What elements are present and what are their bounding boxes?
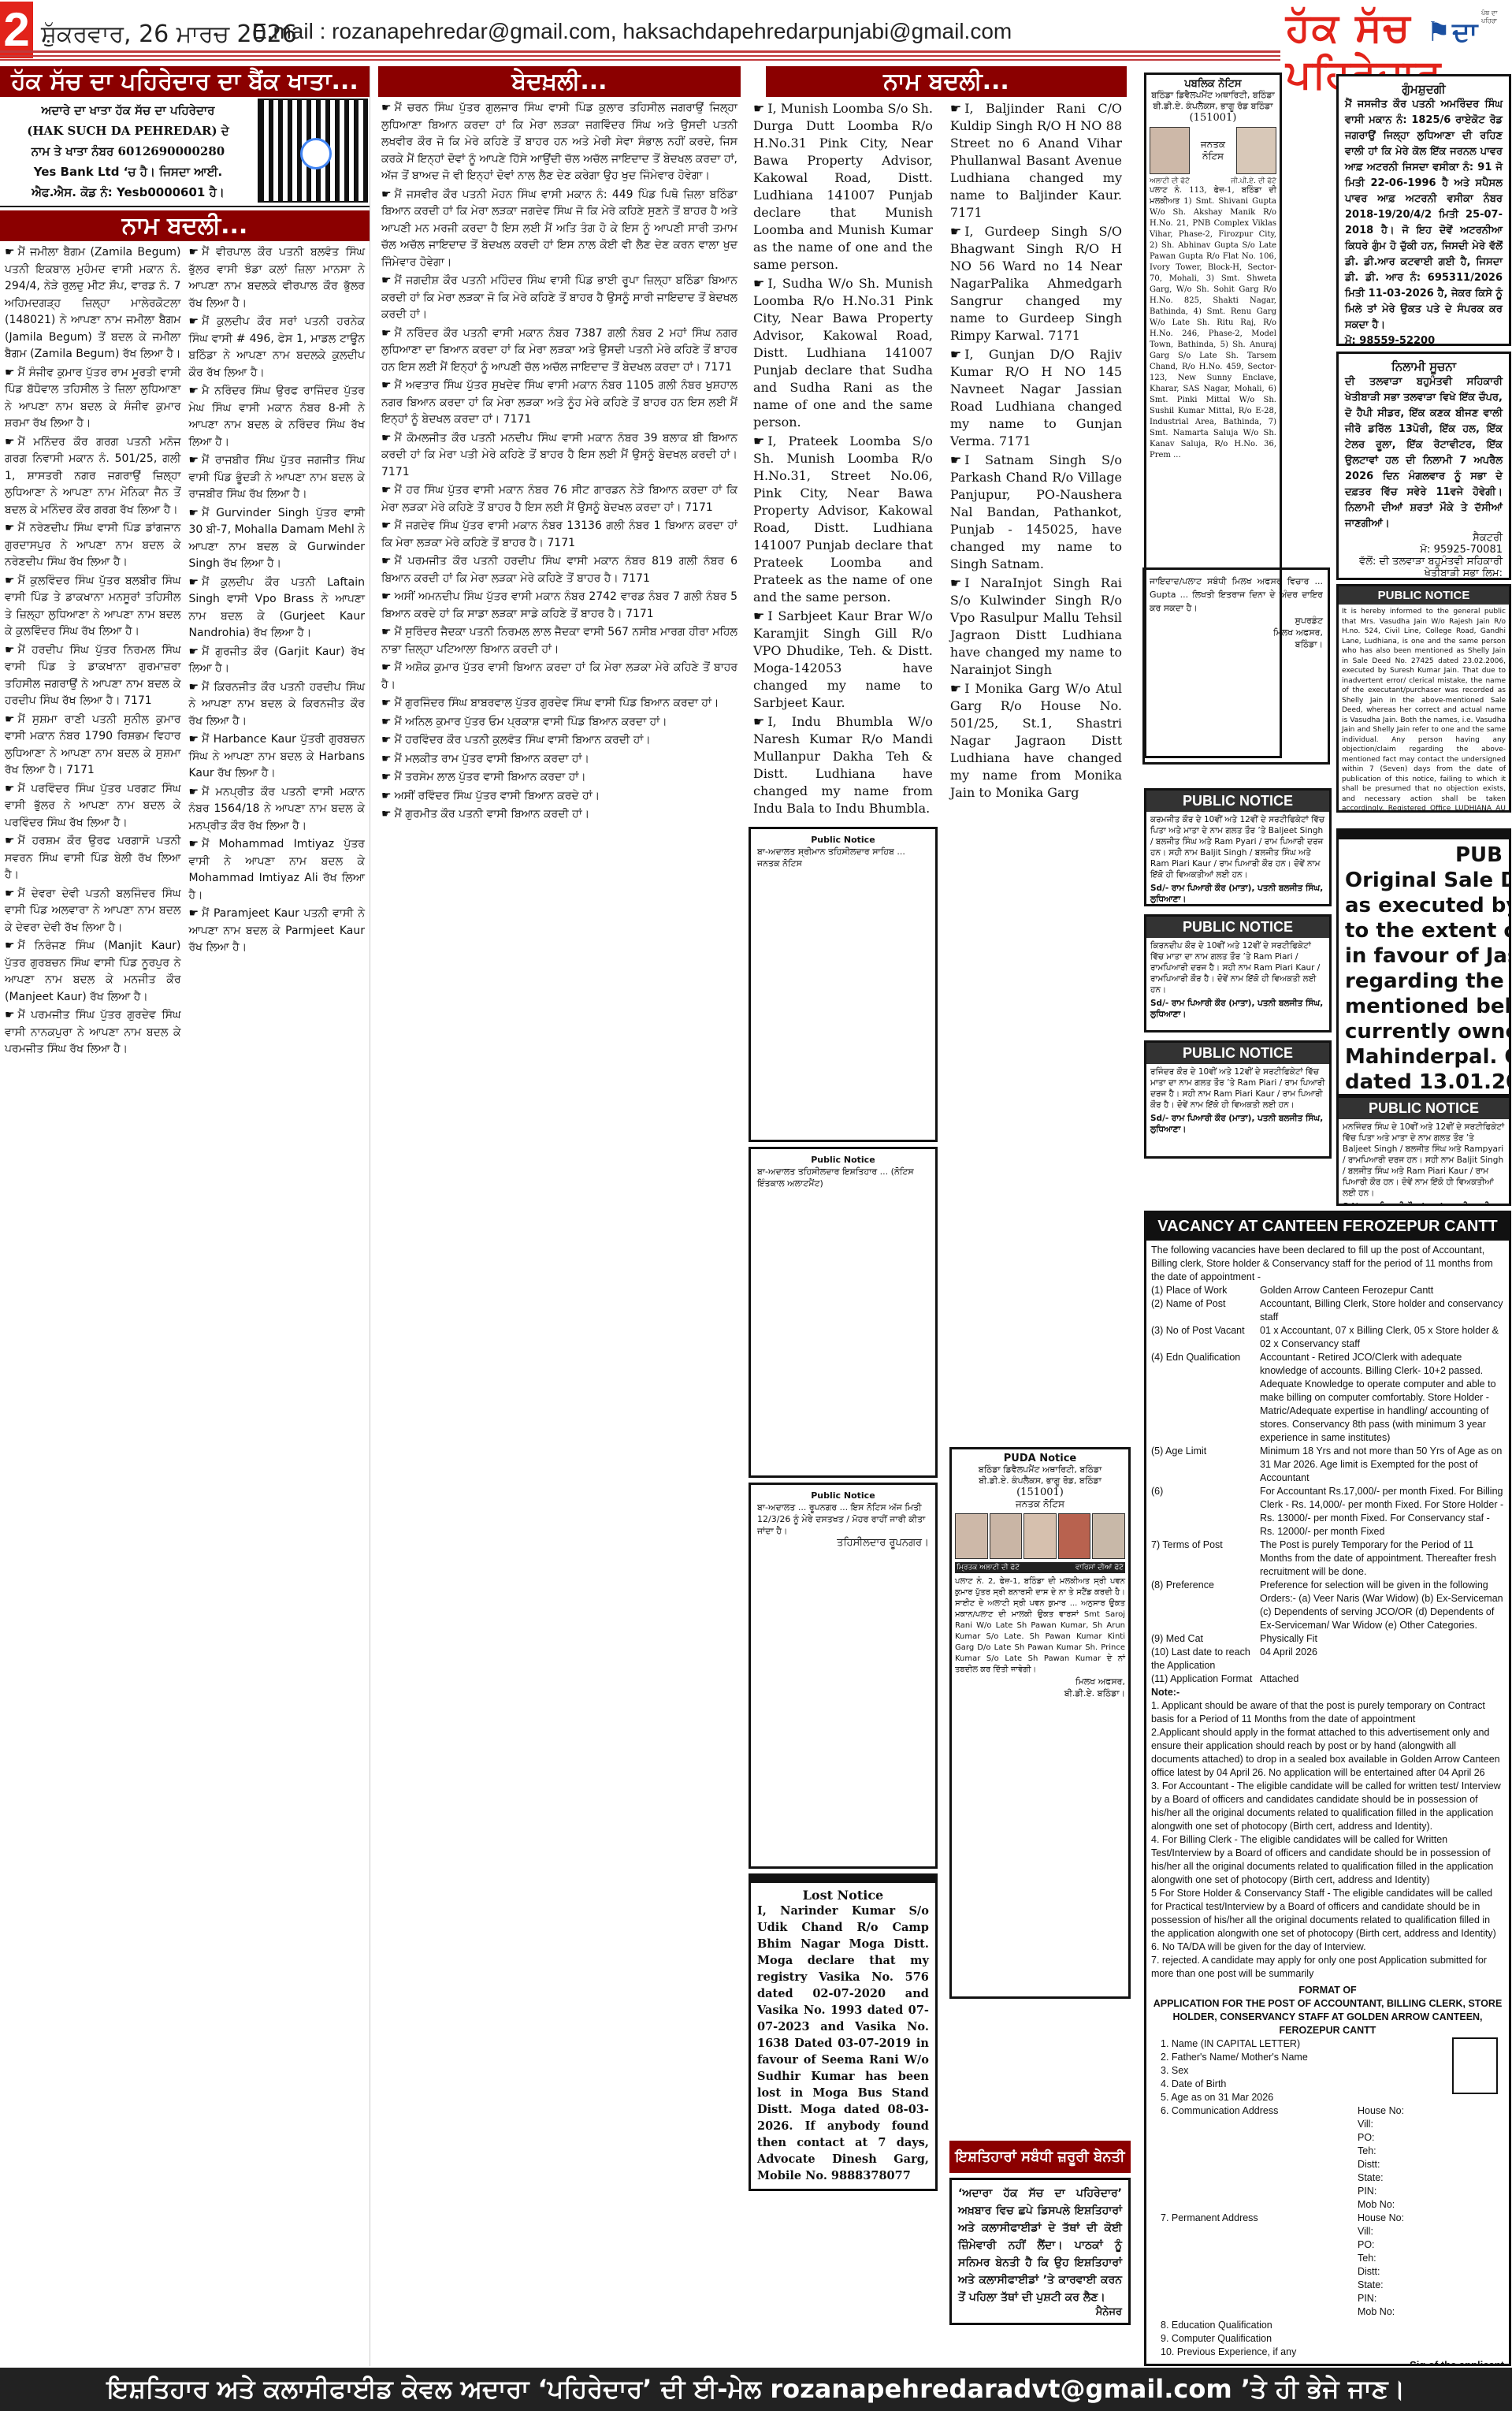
vacancy-value: The Post is purely Temporary for the Per…: [1260, 1539, 1504, 1579]
puda-pin: (151001): [955, 1486, 1125, 1498]
list-item: ☛ਮੈਂ ਪਰਵਿੰਦਰ ਸਿੰਘ ਪੁੱਤਰ ਪਰਗਟ ਸਿੰਘ ਵਾਸੀ ਭ…: [5, 781, 181, 832]
form-field-label: 8. Education Qualification: [1161, 2319, 1358, 2332]
vacancy-value: Golden Arrow Canteen Ferozepur Cantt: [1260, 1284, 1504, 1297]
pointing-hand-icon: ☛: [189, 454, 199, 467]
disclaimer-body: ‘ਅਦਾਰਾ ਹੱਕ ਸੱਚ ਦਾ ਪਹਿਰੇਦਾਰ’ ਅਖ਼ਬਾਰ ਵਿਚ ਛ…: [958, 2185, 1122, 2306]
cert-notice-title: PUBLIC NOTICE: [1146, 1043, 1329, 1064]
lost-notice: Lost Notice I, Narinder Kumar S/o Udik C…: [749, 1873, 938, 2191]
address-field-label: House No:: [1358, 2104, 1404, 2118]
entry-text: ਮੈਂ Mohammad Imtiyaz ਪੁੱਤਰ ਵਾਸੀ ਨੇ ਆਪਣਾ …: [189, 838, 366, 902]
vacancy-value: For Accountant Rs.17,000/- per month Fix…: [1260, 1485, 1504, 1539]
deceased-photo: [955, 1513, 988, 1559]
list-item: ☛ਮੈਂ ਸੰਜੀਵ ਕੁਮਾਰ ਪੁੱਤਰ ਰਾਮ ਮੂਰਤੀ ਵਾਸੀ ਪਿ…: [5, 365, 181, 433]
bank-details: ਅਦਾਰੇ ਦਾ ਖਾਤਾ ਹੱਕ ਸੱਚ ਦਾ ਪਹਿਰੇਦਾਰ (HAK S…: [0, 97, 256, 206]
pointing-hand-icon: ☛: [381, 484, 392, 497]
vacancy-row: 7) Terms of PostThe Post is purely Tempo…: [1151, 1539, 1504, 1579]
applicant-signature: Sig of the applicant: [1151, 2359, 1504, 2366]
list-item: ☛ਮੈਂ ਜਗਦੀਸ਼ ਕੌਰ ਪਤਨੀ ਮਹਿੰਦਰ ਸਿੰਘ ਵਾਸੀ ਪਿ…: [381, 273, 737, 324]
vacancy-notice: VACANCY AT CANTEEN FEROZEPUR CANTT The f…: [1144, 1211, 1511, 2366]
certificate-public-notice: PUBLIC NOTICEਰਜਿੰਦਰ ਕੌਰ ਦੇ 10ਵੀਂ ਅਤੇ 12ਵ…: [1144, 1040, 1332, 1159]
pointing-hand-icon: ☛: [381, 274, 392, 287]
pointing-hand-icon: ☛: [381, 102, 392, 114]
vacancy-value: Preference for selection will be given i…: [1260, 1579, 1504, 1632]
list-item: ☛ਮੈਂ ਕੁਲਦੀਪ ਕੌਰ ਸਰਾਂ ਪਤਨੀ ਹਰਨੇਕ ਸਿੰਘ ਵਾਸ…: [189, 314, 366, 381]
cert-notice-body: ਕਰਮਜੀਤ ਕੌਰ ਦੇ 10ਵੀਂ ਅਤੇ 12ਵੀਂ ਦੇ ਸਰਟੀਫਿਕ…: [1146, 812, 1329, 883]
name-change-col-1: ☛ਮੈਂ ਜਮੀਲਾ ਬੈਗਮ (Zamila Begum) ਪਤਨੀ ਇਕਬਾ…: [5, 244, 181, 1060]
masthead-rule: [0, 59, 1280, 61]
pointing-hand-icon: ☛: [5, 522, 15, 534]
cert-notice-sign: Sd/- ਰਾਮ ਪਿਆਰੀ ਕੌਰ (ਮਾਤਾ), ਪਤਨੀ ਬਲਜੀਤ ਸਿ…: [1146, 998, 1329, 1020]
pointing-hand-icon: ☛: [381, 697, 392, 709]
puda-subtitle: ਜਨਤਕ ਨੋਟਿਸ: [955, 1498, 1125, 1510]
bank-header: ਹੱਕ ਸੱਚ ਦਾ ਪਹਿਰੇਦਾਰ ਦਾ ਬੈਂਕ ਖਾਤਾ...: [0, 66, 370, 97]
vacancy-value: 04 April 2026: [1260, 1646, 1504, 1672]
pointing-hand-icon: ☛: [189, 646, 199, 658]
pointing-hand-icon: ☛: [5, 939, 15, 952]
puda-notice-body: ਪਲਾਟ ਨੰ. 2, ਫੇਜ਼-1, ਬਠਿੰਡਾ ਦੀ ਮਲਕੀਅਤ ਸ੍ਰ…: [955, 1576, 1125, 1676]
pointing-hand-icon: ☛: [381, 734, 392, 746]
address-field-label: PIN:: [1358, 2185, 1404, 2198]
list-item: ☛I, Indu Bhumbla W/o Naresh Kumar R/o Ma…: [753, 713, 933, 817]
name-change-header: ਨਾਮ ਬਦਲੀ...: [0, 210, 370, 241]
pointing-hand-icon: ☛: [381, 188, 392, 201]
pointing-hand-icon: ☛: [753, 433, 764, 448]
notice-title: Public Notice: [757, 1154, 929, 1166]
address-field-label: PIN:: [1358, 2292, 1404, 2305]
entry-text: ਮੈਂ ਜਮੀਲਾ ਬੈਗਮ (Zamila Begum) ਪਤਨੀ ਇਕਬਾਲ…: [5, 246, 181, 360]
contact-email[interactable]: E.mail : rozanapehredar@gmail.com, haksa…: [252, 19, 1012, 44]
vacancy-row: (5) Age LimitMinimum 18 Yrs and not more…: [1151, 1445, 1504, 1485]
bedakhli-header: ਬੇਦਖ਼ਲੀ...: [378, 66, 741, 97]
vacancy-note: 1. Applicant should be aware of that the…: [1151, 1699, 1504, 1726]
entry-text: ਮੈਂ ਗੁਰਜੀਤ ਕੌਰ (Garjit Kaur) ਰੱਖ ਲਿਆ ਹੈ।: [189, 646, 366, 675]
form-field-row: 9. Computer Qualification: [1151, 2332, 1504, 2346]
tender-sign: ਮਿਲਖ ਅਫਸਰ,: [1150, 627, 1323, 638]
entry-text: ਮੈਂ ਕੁਲਦੀਪ ਕੌਰ ਸਰਾਂ ਪਤਨੀ ਹਰਨੇਕ ਸਿੰਘ ਵਾਸੀ…: [189, 315, 366, 379]
pointing-hand-icon: ☛: [381, 771, 392, 783]
vacancy-note: 5 For Store Holder & Conservancy Staff -…: [1151, 1887, 1504, 1940]
photo-caption: ਅਲਾਟੀ ਦੀ ਫੋਟੋ: [1150, 177, 1190, 185]
tender-body: ਜਾਇਦਾਦ/ਪਲਾਟ ਸਬੰਧੀ ਮਿਲਖ ਅਫਸਰ ਵਿਚਾਰ ... Gu…: [1150, 575, 1323, 615]
list-item: ☛ਮੈਂ ਕਿਰਨਜੀਤ ਕੌਰ ਪਤਨੀ ਹਰਦੀਪ ਸਿੰਘ ਨੇ ਆਪਣਾ…: [189, 679, 366, 731]
list-item: ☛ਮੈਂ ਅਨਿਲ ਕੁਮਾਰ ਪੁੱਤਰ ਓਮ ਪ੍ਰਕਾਸ਼ ਵਾਸੀ ਪਿ…: [381, 714, 737, 731]
vacancy-row: (10) Last date to reach the Application0…: [1151, 1646, 1504, 1672]
pointing-hand-icon: ☛: [381, 661, 392, 674]
nilami-org: ਵੱਲੋਂ: ਦੀ ਤਲਵਾੜਾ ਬਹੁਮੰਤਵੀ ਸਹਿਕਾਰੀ ਖੇਤੀਬਾ…: [1345, 556, 1503, 579]
form-field-row: 5. Age as on 31 Mar 2026: [1151, 2091, 1504, 2104]
heirs-photo-row: [955, 1513, 1125, 1559]
entry-text: ਮੈਂ ਨਰੇਣਦੀਪ ਸਿੰਘ ਵਾਸੀ ਪਿੰਡ ਡਾਂਗਜਾਨ ਗੁਰਦਾ…: [5, 522, 181, 568]
address-field-label: House No:: [1358, 2212, 1404, 2225]
sale-deed-line: in favour of Jasjeet: [1345, 943, 1503, 969]
pointing-hand-icon: ☛: [381, 790, 392, 802]
pointing-hand-icon: ☛: [381, 753, 392, 765]
vacancy-note: 7. rejected. A candidate may apply for o…: [1151, 1954, 1504, 1981]
puda-address: ਬੀ.ਡੀ.ਏ. ਕੰਪਲੈਕਸ, ਭਾਗੂ ਰੋਡ, ਬਠਿੰਡਾ: [955, 1475, 1125, 1486]
address-field-label: Distt:: [1358, 2265, 1404, 2279]
footer-banner: ਇਸ਼ਤਿਹਾਰ ਅਤੇ ਕਲਾਸੀਫਾਈਡ ਕੇਵਲ ਅਦਾਰਾ ‘ਪਹਿਰੇ…: [0, 2368, 1512, 2411]
sale-deed-line: Mahinderpal. Origi: [1345, 1044, 1503, 1070]
nilami-notice: ਨਿਲਾਮੀ ਸੂਚਨਾ ਦੀ ਤਲਵਾੜਾ ਬਹੁਮੰਤਵੀ ਸਹਿਕਾਰੀ …: [1336, 352, 1511, 580]
public-notice-box: Public Notice ਬਾ-ਅਦਾਲਤ ਸ਼੍ਰੀਮਾਨ ਤਹਿਸੀਲਦਾ…: [749, 827, 938, 1142]
pointing-hand-icon: ☛: [189, 733, 199, 746]
vacancy-row: (4) Edn QualificationAccountant - Retire…: [1151, 1351, 1504, 1445]
name-change-en-col-1: ☛I, Munish Loomba S/o Sh. Durga Dutt Loo…: [749, 97, 938, 822]
english-col-left: ☛I, Munish Loomba S/o Sh. Durga Dutt Loo…: [749, 97, 938, 2196]
notice-signature: ਤਹਿਸੀਲਦਾਰ ਰੂਪਨਗਰ।: [757, 1537, 929, 1549]
vacancy-value: Attached: [1260, 1672, 1504, 1686]
list-item: ☛ਅਸੀਂ ਅਮਨਦੀਪ ਸਿੰਘ ਪੁੱਤਰ ਵਾਸੀ ਮਕਾਨ ਨੰਬਰ 2…: [381, 589, 737, 623]
entry-text: ਮੈਂ Gurvinder Singh ਪੁੱਤਰ ਵਾਸੀ 30 ਬੀ-7, …: [189, 507, 366, 571]
entry-text: I, Indu Bhumbla W/o Naresh Kumar R/o Man…: [753, 714, 933, 816]
pointing-hand-icon: ☛: [381, 432, 392, 445]
list-item: ☛ਮੈਂ ਹਰਵਿੰਦਰ ਕੌਰ ਪਤਨੀ ਕੁਲਵੰਤ ਸਿੰਘ ਵਾਸੀ ਬ…: [381, 732, 737, 750]
entry-text: ਮੈਂ ਮਨਪ੍ਰੀਤ ਕੌਰ ਪਤਨੀ ਵਾਸੀ ਮਕਾਨ ਨੰਬਰ 1564…: [189, 786, 366, 832]
form-field-label: 10. Previous Experience, if any: [1161, 2346, 1358, 2359]
list-item: ☛ਮੈਂ ਪਰਮਜੀਤ ਕੌਰ ਪਤਨੀ ਹਰਦੀਪ ਸਿੰਘ ਵਾਸੀ ਮਕਾ…: [381, 553, 737, 587]
cert-notice-title: PUBLIC NOTICE: [1339, 1098, 1509, 1119]
photo-row: ਜਨਤਕ ਨੋਟਿਸ: [1150, 127, 1276, 174]
list-item: ☛I, Prateek Loomba S/o Sh. Munish Loomba…: [753, 433, 933, 606]
bedakhli-list: ☛ਮੈਂ ਚਰਨ ਸਿੰਘ ਪੁੱਤਰ ਗੁਲਜਾਰ ਸਿੰਘ ਵਾਸੀ ਪਿੰ…: [378, 97, 741, 828]
notice-title: Public Notice: [757, 1490, 929, 1501]
vacancy-note: 4. For Billing Clerk - The eligible cand…: [1151, 1833, 1504, 1887]
pointing-hand-icon: ☛: [753, 101, 764, 116]
form-fields: 1. Name (IN CAPITAL LETTER)2. Father's N…: [1151, 2037, 1504, 2359]
entry-text: ਮੈਂ ਹਰਦੀਪ ਸਿੰਘ ਪੁੱਤਰ ਨਿਰਮਲ ਸਿੰਘ ਵਾਸੀ ਪਿੰ…: [5, 644, 181, 708]
disclaimer-header: ਇਸ਼ਤਿਹਾਰਾਂ ਸਬੰਧੀ ਜ਼ਰੂਰੀ ਬੇਨਤੀ: [949, 2141, 1131, 2173]
list-item: ☛ਮੈ ਨਰਿੰਦਰ ਸਿੰਘ ਉਰਫ ਰਾਜਿੰਦਰ ਪੁੱਤਰ ਮੇਘ ਸਿ…: [189, 383, 366, 451]
photo-captions: ਮ੍ਰਿਤਕ ਅਲਾਟੀ ਦੀ ਫੋਟੋ ਵਾਰਿਸਾਂ ਦੀਆਂ ਫੋਟੋ: [955, 1562, 1125, 1573]
gumshudgi-title: ਗੁੰਮਸ਼ੁਦਗੀ: [1345, 81, 1503, 97]
pointing-hand-icon: ☛: [753, 714, 764, 729]
payment-qr-code-icon[interactable]: [258, 99, 368, 203]
list-item: ☛ਮੈਂ Gurvinder Singh ਪੁੱਤਰ ਵਾਸੀ 30 ਬੀ-7,…: [189, 505, 366, 573]
nilami-phone: ਮੋ: 95925-70081: [1345, 544, 1503, 556]
pointing-hand-icon: ☛: [381, 716, 392, 728]
pointing-hand-icon: ☛: [5, 835, 15, 847]
format-subtitle: APPLICATION FOR THE POST OF ACCOUNTANT, …: [1151, 1997, 1504, 2037]
pointing-hand-icon: ☛: [5, 887, 15, 900]
pointing-hand-icon: ☛: [381, 379, 392, 392]
au-public-notice: PUBLIC NOTICE It is hereby informed to t…: [1336, 584, 1511, 813]
entry-text: ਮੈ ਨਰਿੰਦਰ ਸਿੰਘ ਉਰਫ ਰਾਜਿੰਦਰ ਪੁੱਤਰ ਮੇਘ ਸਿੰ…: [189, 385, 366, 448]
pointing-hand-icon: ☛: [189, 385, 199, 397]
sale-deed-line: as executed by Mel: [1345, 893, 1503, 918]
nilami-title: ਨਿਲਾਮੀ ਸੂਚਨਾ: [1345, 359, 1503, 374]
puda-sign: ਬੀ.ਡੀ.ਏ. ਬਠਿੰਡਾ।: [955, 1687, 1125, 1699]
list-item: ☛ਮੈਂ ਅਸ਼ੋਕ ਕੁਮਾਰ ਪੁੱਤਰ ਵਾਸੀ ਬਿਆਨ ਕਰਦਾ ਹਾ…: [381, 660, 737, 694]
public-notice-box: Public Notice ਬਾ-ਅਦਾਲਤ ਤਹਿਸੀਲਦਾਰ ਇਸ਼ਤਿਹਾ…: [749, 1147, 938, 1478]
heir-photo: [990, 1513, 1023, 1559]
bda-notice-body: ਪਲਾਟ ਨੰ. 113, ਫੇਜ਼-1, ਬਠਿੰਡਾ ਦੀ ਮਲਕੀਅਤ 1…: [1150, 185, 1276, 461]
tender-sign: ਬਠਿੰਡਾ।: [1150, 638, 1323, 650]
sale-deed-line: regarding the: [1345, 969, 1503, 994]
form-field-label: 3. Sex: [1161, 2064, 1358, 2078]
entry-text: ਮੈਂ ਸੁਰਿੰਦਰ ਜੈਦਕਾ ਪਤਨੀ ਨਿਰਮਲ ਲਾਲ ਜੈਦਕਾ ਵ…: [381, 626, 737, 656]
account-number: ਨਾਮ ਤੇ ਖਾਤਾ ਨੰਬਰ 6012690000280: [3, 141, 253, 162]
list-item: ☛ਮੈਂ Harbance Kaur ਪੁੱਤਰੀ ਗੁਰਬਚਨ ਸਿੰਘ ਨੇ…: [189, 731, 366, 783]
list-item: ☛ਅਸੀਂ ਰਵਿੰਦਰ ਸਿੰਘ ਪੁੱਤਰ ਵਾਸੀ ਬਿਆਨ ਕਰਦੇ ਹ…: [381, 788, 737, 806]
entry-text: ਮੈਂ ਨਰਿੰਦਰ ਕੌਰ ਪਤਨੀ ਵਾਸੀ ਮਕਾਨ ਨੰਬਰ 7387 …: [381, 327, 737, 374]
list-item: ☛ਮੈਂ ਗੁਰਜੀਤ ਕੌਰ (Garjit Kaur) ਰੱਖ ਲਿਆ ਹੈ…: [189, 644, 366, 678]
list-item: ☛ਮੈਂ ਕੁਲਵਿੰਦਰ ਸਿੰਘ ਪੁੱਤਰ ਬਲਬੀਰ ਸਿੰਘ ਵਾਸੀ…: [5, 573, 181, 641]
entry-text: ਮੈਂ ਹਰਵਿੰਦਰ ਕੌਰ ਪਤਨੀ ਕੁਲਵੰਤ ਸਿੰਘ ਵਾਸੀ ਬਿ…: [395, 734, 651, 746]
vacancy-row: (11) Application FormatAttached: [1151, 1672, 1504, 1686]
list-item: ☛I, Sudha W/o Sh. Munish Loomba R/o H.No…: [753, 275, 933, 431]
gumshudgi-phone: ਮੋ: 98559-52200: [1345, 333, 1503, 346]
list-item: ☛ਮੈਂ ਪਰਮਜੀਤ ਸਿੰਘ ਪੁੱਤਰ ਗੁਰਦੇਵ ਸਿੰਘ ਵਾਸੀ …: [5, 1007, 181, 1059]
pointing-hand-icon: ☛: [5, 246, 15, 259]
address-field-label: Teh:: [1358, 2252, 1404, 2265]
entry-text: ਮੈਂ ਦੇਵਰਾ ਦੇਵੀ ਪਤਨੀ ਬਲਜਿੰਦਰ ਸਿੰਘ ਵਾਸੀ ਪਿ…: [5, 887, 181, 934]
form-field-row: 4. Date of Birth: [1151, 2078, 1504, 2091]
vacancy-title: VACANCY AT CANTEEN FEROZEPUR CANTT: [1146, 1213, 1509, 1241]
pointing-hand-icon: ☛: [5, 644, 15, 657]
disclaimer-sign: ਮੈਨੇਜਰ: [958, 2306, 1122, 2318]
entry-text: ਮੈਂ ਪਰਮਜੀਤ ਸਿੰਘ ਪੁੱਤਰ ਗੁਰਦੇਵ ਸਿੰਘ ਵਾਸੀ ਨ…: [5, 1009, 181, 1055]
bank-line: (HAK SUCH DA PEHREDAR) ਦੇ: [3, 121, 253, 141]
form-field-row: 3. Sex: [1151, 2064, 1504, 2078]
address-field-label: State:: [1358, 2171, 1404, 2185]
address-fields: House No:Vill:PO:Teh:Distt:State:PIN:Mob…: [1358, 2104, 1404, 2212]
pointing-hand-icon: ☛: [189, 681, 199, 694]
vacancy-note: 3. For Accountant - The eligible candida…: [1151, 1780, 1504, 1833]
certificate-public-notice: PUBLIC NOTICEਕਿਰਨਦੀਪ ਕੌਰ ਦੇ 10ਵੀਂ ਅਤੇ 12…: [1144, 914, 1332, 1032]
pointing-hand-icon: ☛: [189, 786, 199, 798]
ifsc-code: ਐਫ.ਐਸ. ਕੋਡ ਨੰ: Yesb0000601 ਹੈ।: [3, 182, 253, 203]
entry-text: ਮੈਂ ਹਰਸ਼ਮ ਕੌਰ ਉਰਫ ਪਰਗਾਸੋ ਪਤਨੀ ਸਵਰਨ ਸਿੰਘ …: [5, 835, 181, 881]
bedakhli-column: ਬੇਦਖ਼ਲੀ... ☛ਮੈਂ ਚਰਨ ਸਿੰਘ ਪੁੱਤਰ ਗੁਲਜਾਰ ਸਿ…: [378, 66, 741, 2366]
cert-notice-sign: Sd/- ਰਾਮ ਪਿਆਰੀ ਕੌਰ (ਮਾਤਾ), ਪਤਨੀ ਬਲਜੀਤ ਸਿ…: [1146, 883, 1329, 905]
address-field-label: Teh:: [1358, 2145, 1404, 2158]
entry-text: ਮੈਂ ਕੁਲਦੀਪ ਕੌਰ ਪਤਨੀ Laftain Singh ਵਾਸੀ V…: [189, 576, 366, 640]
pointing-hand-icon: ☛: [381, 590, 392, 603]
certificate-public-notice: PUBLIC NOTICEਕਰਮਜੀਤ ਕੌਰ ਦੇ 10ਵੀਂ ਅਤੇ 12ਵ…: [1144, 788, 1332, 906]
entry-text: I Sarbjeet Kaur Brar W/o Karamjit Singh …: [753, 608, 933, 710]
list-item: ☛ਮੈਂ ਦੇਵਰਾ ਦੇਵੀ ਪਤਨੀ ਬਲਜਿੰਦਰ ਸਿੰਘ ਵਾਸੀ ਪ…: [5, 886, 181, 937]
public-notice-box: Public Notice ਬਾ-ਅਦਾਲਤ ... ਰੂਪਨਗਰ ... ਇਸ…: [749, 1483, 938, 1869]
form-field-label: 5. Age as on 31 Mar 2026: [1161, 2091, 1358, 2104]
entry-text: I NaraInjot Singh Rai S/o Kulwinder Sing…: [950, 575, 1122, 677]
bda-pin: (151001): [1150, 112, 1276, 124]
list-item: ☛ਮੈਂ ਵੀਰਪਾਲ ਕੌਰ ਪਤਨੀ ਬਲਵੰਤ ਸਿੰਘ ਭੁੱਲਰ ਵਾ…: [189, 244, 366, 312]
entry-text: ਮੈਂ ਜਗਦੇਵ ਸਿੰਘ ਪੁੱਤਰ ਵਾਸੀ ਮਕਾਨ ਨੰਬਰ 1313…: [381, 519, 737, 549]
list-item: ☛ਮੈਂ ਨਰਿੰਦਰ ਕੌਰ ਪਤਨੀ ਵਾਸੀ ਮਕਾਨ ਨੰਬਰ 7387…: [381, 326, 737, 377]
logo-da: ਦਾ: [1452, 17, 1479, 48]
address-field-label: Mob No:: [1358, 2305, 1404, 2319]
entry-text: ਅਸੀਂ ਅਮਨਦੀਪ ਸਿੰਘ ਪੁੱਤਰ ਵਾਸੀ ਮਕਾਨ ਨੰਬਰ 27…: [381, 590, 737, 620]
list-item: ☛ਮੈਂ ਹਰਸ਼ਮ ਕੌਰ ਉਰਫ ਪਰਗਾਸੋ ਪਤਨੀ ਸਵਰਨ ਸਿੰਘ…: [5, 833, 181, 884]
pointing-hand-icon: ☛: [189, 315, 199, 328]
vacancy-row: (3) No of Post Vacant01 x Accountant, 07…: [1151, 1324, 1504, 1351]
pointing-hand-icon: ☛: [189, 907, 199, 920]
au-notice-title: PUBLIC NOTICE: [1339, 586, 1509, 605]
sale-deed-line: dated 13.01.2014: [1345, 1070, 1503, 1095]
tender-sign: ਸੁਪਰਡੰਟ: [1150, 615, 1323, 627]
entry-text: ਅਸੀਂ ਰਵਿੰਦਰ ਸਿੰਘ ਪੁੱਤਰ ਵਾਸੀ ਬਿਆਨ ਕਰਦੇ ਹਾ…: [395, 790, 600, 802]
allottee-photo: [1150, 127, 1190, 174]
gpa-photo: [1236, 127, 1276, 174]
name-change-list: ☛ਮੈਂ ਜਮੀਲਾ ਬੈਗਮ (Zamila Begum) ਪਤਨੀ ਇਕਬਾ…: [0, 241, 370, 1063]
address-field-label: Mob No:: [1358, 2198, 1404, 2212]
list-item: ☛ਮੈਂ ਸੁਰਿੰਦਰ ਜੈਦਕਾ ਪਤਨੀ ਨਿਰਮਲ ਲਾਲ ਜੈਦਕਾ …: [381, 624, 737, 658]
application-form: 1. Name (IN CAPITAL LETTER)2. Father's N…: [1151, 2037, 1504, 2366]
masthead: 2 ਸ਼ੁੱਕਰਵਾਰ, 26 ਮਾਰਚ 2026 E.mail : rozan…: [0, 0, 1512, 65]
form-field-label: 4. Date of Birth: [1161, 2078, 1358, 2091]
vacancy-label: (11) Application Format: [1151, 1672, 1260, 1686]
list-item: ☛ਮੈਂ ਸੁਸ਼ਮਾ ਰਾਣੀ ਪਤਨੀ ਸੁਨੀਲ ਕੁਮਾਰ ਵਾਸੀ ਮ…: [5, 712, 181, 779]
masthead-rule: [0, 50, 1280, 53]
vacancy-note: 2.Applicant should apply in the format a…: [1151, 1726, 1504, 1780]
vacancy-value: Accountant, Billing Clerk, Store holder …: [1260, 1297, 1504, 1324]
list-item: ☛I NaraInjot Singh Rai S/o Kulwinder Sin…: [950, 575, 1122, 679]
bank-line: ਅਦਾਰੇ ਦਾ ਖਾਤਾ ਹੱਕ ਸੱਚ ਦਾ ਪਹਿਰੇਦਾਰ: [3, 100, 253, 121]
vacancy-intro: The following vacancies have been declar…: [1151, 1244, 1504, 1284]
lost-notice-body: I, Narinder Kumar S/o Udik Chand R/o Cam…: [757, 1903, 929, 2184]
sale-deed-line: currently owned: [1345, 1019, 1503, 1044]
vacancy-label: (8) Preference: [1151, 1579, 1260, 1632]
au-notice-body: It is hereby informed to the general pub…: [1339, 605, 1509, 813]
entry-text: ਮੈਂ ਸੰਜੀਵ ਕੁਮਾਰ ਪੁੱਤਰ ਰਾਮ ਮੂਰਤੀ ਵਾਸੀ ਪਿੰ…: [5, 366, 181, 430]
ad-disclaimer: ਇਸ਼ਤਿਹਾਰਾਂ ਸਬੰਧੀ ਜ਼ਰੂਰੀ ਬੇਨਤੀ ‘ਅਦਾਰਾ ਹੱਕ…: [949, 2141, 1131, 2330]
address-field-label: Vill:: [1358, 2118, 1404, 2131]
vacancy-label: (6): [1151, 1485, 1260, 1539]
entry-text: ਮੈਂ ਹਰ ਸਿੰਘ ਪੁੱਤਰ ਵਾਸੀ ਮਕਾਨ ਨੰਬਰ 76 ਸੀਟ …: [381, 484, 737, 514]
puda-sign: ਮਿਲਖ ਅਫਸਰ,: [955, 1676, 1125, 1687]
vacancy-value: 01 x Accountant, 07 x Billing Clerk, 05 …: [1260, 1324, 1504, 1351]
vacancy-value: Accountant - Retired JCO/Clerk with adeq…: [1260, 1351, 1504, 1445]
lost-notice-title: Lost Notice: [757, 1888, 929, 1903]
sale-deed-title: PUB: [1345, 843, 1503, 868]
entry-text: ਮੈਂ ਰਾਜਬੀਰ ਸਿੰਘ ਪੁੱਤਰ ਜਗਜੀਤ ਸਿੰਘ ਵਾਸੀ ਪਿ…: [189, 454, 366, 500]
entry-text: ਮੈਂ ਗੁਰਮੀਤ ਕੌਰ ਪਤਨੀ ਵਾਸੀ ਬਿਆਨ ਕਰਦੀ ਹਾਂ।: [395, 808, 590, 820]
list-item: ☛ਮੈਂ ਮਲਕੀਤ ਰਾਮ ਪੁੱਤਰ ਵਾਸੀ ਬਿਆਨ ਕਰਦਾ ਹਾਂ।: [381, 751, 737, 768]
entry-text: ਮੈਂ ਮਲਕੀਤ ਰਾਮ ਪੁੱਤਰ ਵਾਸੀ ਬਿਆਨ ਕਰਦਾ ਹਾਂ।: [395, 753, 589, 765]
entry-text: ਮੈਂ ਅਸ਼ੋਕ ਕੁਮਾਰ ਪੁੱਤਰ ਵਾਸੀ ਬਿਆਨ ਕਰਦਾ ਹਾਂ…: [381, 661, 737, 691]
vacancy-label: 7) Terms of Post: [1151, 1539, 1260, 1579]
cert-notice-sign: Sd/- ਰਾਮ ਪਿਆਰੀ ਕੌਰ (ਮਾਤਾ), ਪਤਨੀ ਬਲਜੀਤ ਸਿ…: [1146, 1113, 1329, 1135]
vacancy-value: Physically Fit: [1260, 1632, 1504, 1646]
entry-text: ਮੈਂ ਚਰਨ ਸਿੰਘ ਪੁੱਤਰ ਗੁਲਜਾਰ ਸਿੰਘ ਵਾਸੀ ਪਿੰਡ…: [381, 102, 737, 182]
entry-text: ਮੈਂ Harbance Kaur ਪੁੱਤਰੀ ਗੁਰਬਚਨ ਸਿੰਘ ਨੇ …: [189, 733, 366, 779]
list-item: ☛ਮੈਂ ਰਾਜਬੀਰ ਸਿੰਘ ਪੁੱਤਰ ਜਗਜੀਤ ਸਿੰਘ ਵਾਸੀ ਪ…: [189, 452, 366, 504]
entry-text: ਮੈਂ ਕੋਮਲਜੀਤ ਕੌਰ ਪਤਨੀ ਮਨਦੀਪ ਸਿੰਘ ਵਾਸੀ ਮਕਾ…: [381, 432, 737, 478]
puda-org: ਬਠਿੰਡਾ ਡਿਵੈਲਪਮੈਂਟ ਅਥਾਰਿਟੀ, ਬਠਿੰਡਾ: [955, 1464, 1125, 1475]
form-field-row: 6. Communication AddressHouse No:Vill:PO…: [1151, 2104, 1504, 2212]
form-field-row: 2. Father's Name/ Mother's Name: [1151, 2051, 1504, 2064]
cert-notice-body: ਰਜਿੰਦਰ ਕੌਰ ਦੇ 10ਵੀਂ ਅਤੇ 12ਵੀਂ ਦੇ ਸਰਟੀਫਿਕ…: [1146, 1064, 1329, 1113]
bda-title: ਪਬਲਿਕ ਨੋਟਿਸ: [1150, 78, 1276, 90]
form-field-row: 1. Name (IN CAPITAL LETTER): [1151, 2037, 1504, 2051]
logo-text: ਹੱਕ ਸੱਚ: [1286, 5, 1411, 50]
pointing-hand-icon: ☛: [5, 575, 15, 587]
address-field-label: Vill:: [1358, 2225, 1404, 2238]
vacancy-row: (2) Name of PostAccountant, Billing Cler…: [1151, 1297, 1504, 1324]
entry-text: I, Munish Loomba S/o Sh. Durga Dutt Loom…: [753, 101, 933, 272]
form-field-label: 7. Permanent Address: [1161, 2212, 1358, 2319]
pointing-hand-icon: ☛: [5, 1009, 15, 1021]
photo-box: [1452, 2037, 1498, 2094]
list-item: ☛ਮੈਂ ਮਨਪ੍ਰੀਤ ਕੌਰ ਪਤਨੀ ਵਾਸੀ ਮਕਾਨ ਨੰਬਰ 156…: [189, 784, 366, 835]
vacancy-note-title: Note:-: [1151, 1686, 1504, 1699]
pointing-hand-icon: ☛: [381, 519, 392, 532]
notice-title: Public Notice: [757, 834, 929, 846]
vacancy-value: Minimum 18 Yrs and not more than 50 Yrs …: [1260, 1445, 1504, 1485]
vacancy-label: (1) Place of Work: [1151, 1284, 1260, 1297]
notice-body: ਬਾ-ਅਦਾਲਤ ਤਹਿਸੀਲਦਾਰ ਇਸ਼ਤਿਹਾਰ ... (ਨੋਟਿਸ ਇ…: [757, 1166, 929, 1189]
entry-text: ਮੈਂ ਪਰਵਿੰਦਰ ਸਿੰਘ ਪੁੱਤਰ ਪਰਗਟ ਸਿੰਘ ਵਾਸੀ ਭੁ…: [5, 783, 181, 829]
list-item: ☛ਮੈਂ ਤਰਸੇਮ ਲਾਲ ਪੁੱਤਰ ਵਾਸੀ ਬਿਆਨ ਕਰਦਾ ਹਾਂ।: [381, 769, 737, 787]
pointing-hand-icon: ☛: [5, 713, 15, 726]
masthead-rule: [0, 55, 1280, 57]
vacancy-label: (4) Edn Qualification: [1151, 1351, 1260, 1445]
notice-subtitle: ਜਨਤਕ ਨੋਟਿਸ: [1190, 139, 1236, 162]
vacancy-label: (5) Age Limit: [1151, 1445, 1260, 1485]
list-item: ☛ਮੈਂ ਜਗਦੇਵ ਸਿੰਘ ਪੁੱਤਰ ਵਾਸੀ ਮਕਾਨ ਨੰਬਰ 131…: [381, 518, 737, 552]
address-field-label: State:: [1358, 2279, 1404, 2292]
sale-deed-text: PUBOriginal Sale Deedas executed by Melt…: [1339, 839, 1509, 1096]
cert-notice-body: ਕਿਰਨਦੀਪ ਕੌਰ ਦੇ 10ਵੀਂ ਅਤੇ 12ਵੀਂ ਦੇ ਸਰਟੀਫਿ…: [1146, 938, 1329, 998]
bda-address: ਬੀ.ਡੀ.ਏ. ਕੰਪਲੈਕਸ, ਭਾਗੂ ਰੋਡ ਬਠਿੰਡਾ: [1150, 101, 1276, 112]
entry-text: I, Sudha W/o Sh. Munish Loomba R/o H.No.…: [753, 276, 933, 430]
vacancy-row: (1) Place of WorkGolden Arrow Canteen Fe…: [1151, 1284, 1504, 1297]
list-item: ☛ਮੈਂ ਹਰਦੀਪ ਸਿੰਘ ਪੁੱਤਰ ਨਿਰਮਲ ਸਿੰਘ ਵਾਸੀ ਪਿ…: [5, 642, 181, 710]
pointing-hand-icon: ☛: [381, 327, 392, 340]
sale-deed-line: mentioned below: [1345, 994, 1503, 1019]
entry-text: ਮੈਂ ਨਿਰੰਜਣ ਸਿੰਘ (Manjit Kaur) ਪੁੱਤਰ ਗੁਰਬ…: [5, 939, 181, 1003]
entry-text: ਮੈਂ ਤਰਸੇਮ ਲਾਲ ਪੁੱਤਰ ਵਾਸੀ ਬਿਆਨ ਕਰਦਾ ਹਾਂ।: [395, 771, 586, 783]
pointing-hand-icon: ☛: [5, 366, 15, 379]
cert-notice-title: PUBLIC NOTICE: [1146, 917, 1329, 938]
entry-text: ਮੈਂ ਮਨਿੰਦਰ ਕੌਰ ਗਰਗ ਪਤਨੀ ਮਨੋਜ ਗਰਗ ਨਿਵਾਸੀ …: [5, 436, 181, 516]
pointing-hand-icon: ☛: [950, 575, 961, 590]
list-item: ☛ਮੈਂ ਜਮੀਲਾ ਬੈਗਮ (Zamila Begum) ਪਤਨੀ ਇਕਬਾ…: [5, 244, 181, 363]
entry-text: ਮੈਂ ਸੁਸ਼ਮਾ ਰਾਣੀ ਪਤਨੀ ਸੁਨੀਲ ਕੁਮਾਰ ਵਾਸੀ ਮਕ…: [5, 713, 181, 777]
list-item: ☛ਮੈਂ ਚਰਨ ਸਿੰਘ ਪੁੱਤਰ ਗੁਲਜਾਰ ਸਿੰਘ ਵਾਸੀ ਪਿੰ…: [381, 100, 737, 185]
vacancy-label: (9) Med Cat: [1151, 1632, 1260, 1646]
form-field-label: 1. Name (IN CAPITAL LETTER): [1161, 2037, 1358, 2051]
entry-text: ਮੈਂ ਜਗਦੀਸ਼ ਕੌਰ ਪਤਨੀ ਮਹਿੰਦਰ ਸਿੰਘ ਵਾਸੀ ਪਿੰ…: [381, 274, 737, 321]
list-item: ☛I Sarbjeet Kaur Brar W/o Karamjit Singh…: [753, 608, 933, 712]
entry-text: ਮੈਂ ਗੁਰਜਿੰਦਰ ਸਿੰਘ ਬਾਬਰਵਾਲ ਪੁੱਤਰ ਗੁਰਦੇਵ ਸ…: [395, 697, 719, 709]
cert-notice-body: ਮਨਜਿੰਦਰ ਸਿੰਘ ਦੇ 10ਵੀਂ ਅਤੇ 12ਵੀਂ ਦੇ ਸਰਟੀਫ…: [1339, 1119, 1509, 1201]
list-item: ☛ਮੈਂ ਹਰ ਸਿੰਘ ਪੁੱਤਰ ਵਾਸੀ ਮਕਾਨ ਨੰਬਰ 76 ਸੀਟ…: [381, 482, 737, 516]
list-item: ☛ਮੈਂ ਕੁਲਦੀਪ ਕੌਰ ਪਤਨੀ Laftain Singh ਵਾਸੀ …: [189, 575, 366, 642]
pointing-hand-icon: ☛: [189, 838, 199, 850]
list-item: ☛ਮੈਂ ਮਨਿੰਦਰ ਕੌਰ ਗਰਗ ਪਤਨੀ ਮਨੋਜ ਗਰਗ ਨਿਵਾਸੀ…: [5, 434, 181, 519]
disclaimer-box: ‘ਅਦਾਰਾ ਹੱਕ ਸੱਚ ਦਾ ਪਹਿਰੇਦਾਰ’ ਅਖ਼ਬਾਰ ਵਿਚ ਛ…: [949, 2178, 1131, 2325]
list-item: ☛I, Munish Loomba S/o Sh. Durga Dutt Loo…: [753, 100, 933, 273]
form-field-row: 8. Education Qualification: [1151, 2319, 1504, 2332]
heir-photo: [1092, 1513, 1125, 1559]
bank-line: Yes Bank Ltd ‘ਚ ਹੈ। ਜਿਸਦਾ ਆਈ.: [3, 162, 253, 182]
pointing-hand-icon: ☛: [753, 608, 764, 623]
name-change-col-2: ☛ਮੈਂ ਵੀਰਪਾਲ ਕੌਰ ਪਤਨੀ ਬਲਵੰਤ ਸਿੰਘ ਭੁੱਲਰ ਵਾ…: [189, 244, 366, 1060]
photo-caption: ਜੀ.ਪੀ.ਏ. ਦੀ ਫੋਟੋ: [1231, 177, 1276, 185]
vacancy-body: The following vacancies have been declar…: [1146, 1241, 1509, 2366]
cert-notice-title: PUBLIC NOTICE: [1146, 791, 1329, 812]
vacancy-notes: 1. Applicant should be aware of that the…: [1151, 1699, 1504, 1981]
left-column: ਹੱਕ ਸੱਚ ਦਾ ਪਹਿਰੇਦਾਰ ਦਾ ਬੈਂਕ ਖਾਤਾ... ਅਦਾਰ…: [0, 66, 370, 2366]
list-item: ☛ਮੈਂ ਕੋਮਲਜੀਤ ਕੌਰ ਪਤਨੀ ਮਨਦੀਪ ਸਿੰਘ ਵਾਸੀ ਮਕ…: [381, 430, 737, 482]
vacancy-note: 6. No TA/DA will be given for the day of…: [1151, 1940, 1504, 1954]
pointing-hand-icon: ☛: [753, 276, 764, 291]
certificate-public-notice: PUBLIC NOTICEਮਨਜਿੰਦਰ ਸਿੰਘ ਦੇ 10ਵੀਂ ਅਤੇ 1…: [1336, 1096, 1511, 1206]
vacancy-row: (6)For Accountant Rs.17,000/- per month …: [1151, 1485, 1504, 1539]
address-field-label: PO:: [1358, 2131, 1404, 2145]
bda-public-notice-2: PUDA Notice ਬਠਿੰਡਾ ਡਿਵੈਲਪਮੈਂਟ ਅਥਾਰਿਟੀ, ਬ…: [949, 1447, 1131, 1999]
